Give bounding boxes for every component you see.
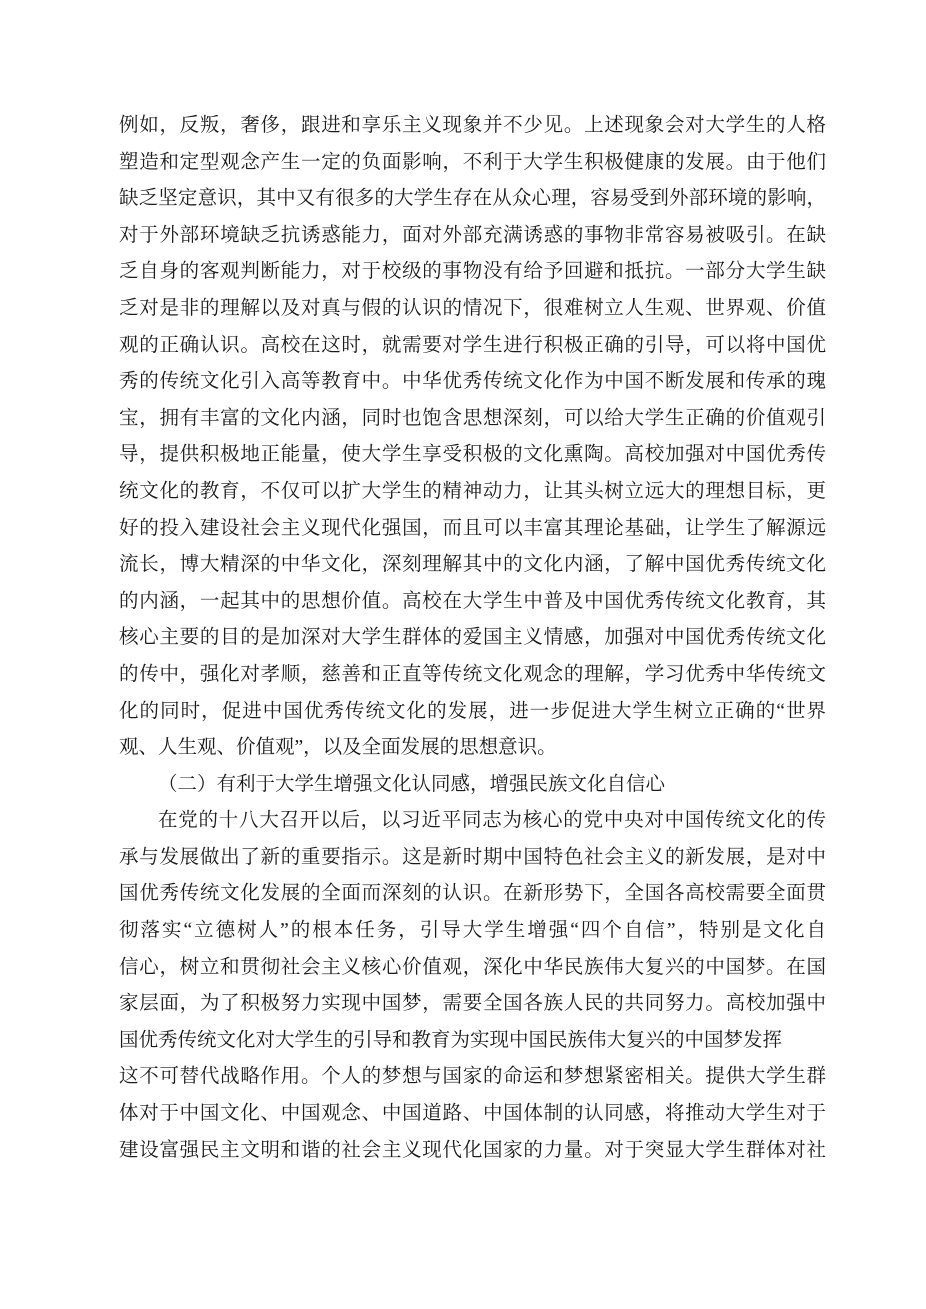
text-line: 观的正确认识。高校在这时，就需要对学生进行积极正确的引导，可以将中国优 <box>119 328 826 365</box>
text-line: 的内涵，一起其中的思想价值。高校在大学生中普及中国优秀传统文化教育，其 <box>119 584 826 621</box>
text-line: 塑造和定型观念产生一定的负面影响，不利于大学生积极健康的发展。由于他们 <box>119 145 826 182</box>
document-page: 例如，反叛，奢侈，跟进和享乐主义现象并不少见。上述现象会对大学生的人格 塑造和定… <box>0 0 926 1309</box>
text-block: 例如，反叛，奢侈，跟进和享乐主义现象并不少见。上述现象会对大学生的人格 塑造和定… <box>119 108 826 1169</box>
text-line: 承与发展做出了新的重要指示。这是新时期中国特色社会主义的新发展，是对中 <box>119 840 826 877</box>
text-line: 导，提供积极地正能量，使大学生享受积极的文化熏陶。高校加强对中国优秀传 <box>119 437 826 474</box>
text-line: 例如，反叛，奢侈，跟进和享乐主义现象并不少见。上述现象会对大学生的人格 <box>119 108 826 145</box>
text-line: 秀的传统文化引入高等教育中。中华优秀传统文化作为中国不断发展和传承的瑰 <box>119 364 826 401</box>
text-line: 化的同时，促进中国优秀传统文化的发展，进一步促进大学生树立正确的“世界 <box>119 694 826 731</box>
text-line: 体对于中国文化、中国观念、中国道路、中国体制的认同感，将推动大学生对于 <box>119 1096 826 1133</box>
text-line: 家层面，为了积极努力实现中国梦，需要全国各族人民的共同努力。高校加强中 <box>119 986 826 1023</box>
text-line: 国优秀传统文化对大学生的引导和教育为实现中国民族伟大复兴的中国梦发挥 <box>119 1023 826 1060</box>
text-line: 乏自身的客观判断能力，对于校级的事物没有给予回避和抵抗。一部分大学生缺 <box>119 254 826 291</box>
text-line: 统文化的教育，不仅可以扩大学生的精神动力，让其头树立远大的理想目标，更 <box>119 474 826 511</box>
text-line: 这不可替代战略作用。个人的梦想与国家的命运和梦想紧密相关。提供大学生群 <box>119 1059 826 1096</box>
section-heading: （二）有利于大学生增强文化认同感，增强民族文化自信心 <box>119 767 826 804</box>
text-line: 流长，博大精深的中华文化，深刻理解其中的文化内涵，了解中国优秀传统文化 <box>119 547 826 584</box>
text-line: 缺乏坚定意识，其中又有很多的大学生存在从众心理，容易受到外部环境的影响， <box>119 181 826 218</box>
text-line: 国优秀传统文化发展的全面而深刻的认识。在新形势下，全国各高校需要全面贯 <box>119 876 826 913</box>
text-line: 建设富强民主文明和谐的社会主义现代化国家的力量。对于突显大学生群体对社 <box>119 1133 826 1170</box>
text-line: 观、人生观、价值观”，以及全面发展的思想意识。 <box>119 730 826 767</box>
text-line: 宝，拥有丰富的文化内涵，同时也饱含思想深刻，可以给大学生正确的价值观引 <box>119 401 826 438</box>
text-line: 在党的十八大召开以后，以习近平同志为核心的党中央对中国传统文化的传 <box>119 803 826 840</box>
text-line: 好的投入建设社会主义现代化强国，而且可以丰富其理论基础，让学生了解源远 <box>119 511 826 548</box>
text-line: 核心主要的目的是加深对大学生群体的爱国主义情感，加强对中国优秀传统文化 <box>119 620 826 657</box>
text-line: 乏对是非的理解以及对真与假的认识的情况下，很难树立人生观、世界观、价值 <box>119 291 826 328</box>
text-line: 的传中，强化对孝顺，慈善和正直等传统文化观念的理解，学习优秀中华传统文 <box>119 657 826 694</box>
text-line: 信心，树立和贯彻社会主义核心价值观，深化中华民族伟大复兴的中国梦。在国 <box>119 950 826 987</box>
text-line: 对于外部环境缺乏抗诱惑能力，面对外部充满诱惑的事物非常容易被吸引。在缺 <box>119 218 826 255</box>
text-line: 彻落实“立德树人”的根本任务，引导大学生增强“四个自信”，特别是文化自 <box>119 913 826 950</box>
